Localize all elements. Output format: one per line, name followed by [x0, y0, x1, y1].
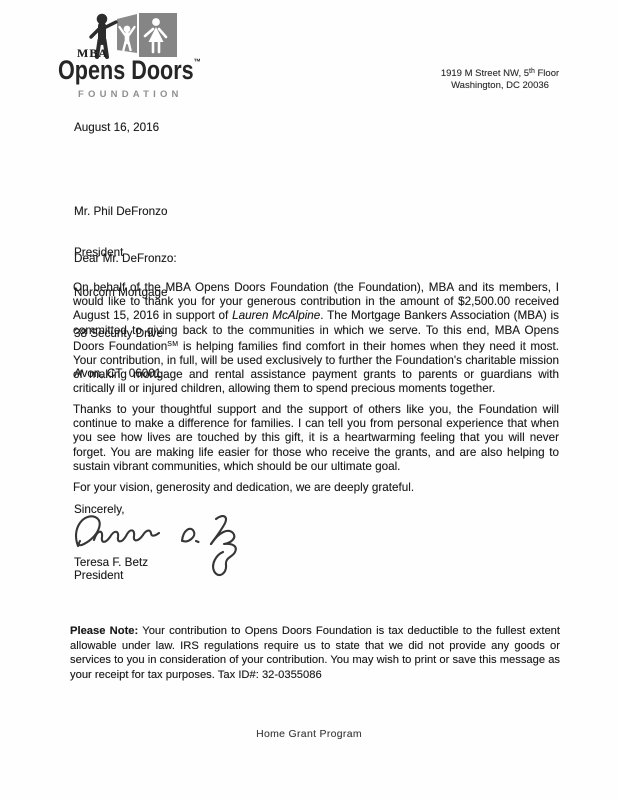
tax-id-value: 32-0355086 — [262, 669, 322, 681]
received-date: August 15, 2016 — [73, 309, 159, 322]
trademark-symbol: ™ — [194, 57, 201, 67]
sender-address: 1919 M Street NW, 5th Floor Washington, … — [408, 66, 592, 92]
signer-title: President — [74, 569, 123, 582]
body-paragraph-3: For your vision, generosity and dedicati… — [73, 481, 559, 495]
sender-address-line1: 1919 M Street NW, 5th Floor — [408, 66, 592, 80]
logo-foundation-text: FOUNDATION — [78, 89, 183, 100]
salutation: Dear Mr. DeFronzo: — [74, 252, 177, 265]
tax-deduction-note: Please Note: Your contribution to Opens … — [70, 624, 560, 682]
service-mark-superscript: SM — [167, 341, 178, 348]
letter-page: MBA Opens Doors™ FOUNDATION 1919 M Stree… — [0, 0, 618, 800]
body-paragraph-1: On behalf of the MBA Opens Doors Foundat… — [73, 281, 559, 397]
signer-name: Teresa F. Betz — [74, 556, 148, 569]
logo-brand-text: Opens Doors™ — [58, 55, 201, 86]
note-label: Please Note: — [70, 625, 138, 637]
program-footer: Home Grant Program — [0, 728, 618, 740]
sender-address-line2: Washington, DC 20036 — [408, 80, 592, 92]
logo-brand-name: Opens Doors — [58, 55, 194, 85]
body-paragraph-2: Thanks to your thoughtful support and th… — [73, 403, 559, 474]
donee-name: Lauren McAlpine — [232, 309, 320, 322]
recipient-name: Mr. Phil DeFronzo — [74, 205, 168, 219]
contribution-amount: $2,500.00 — [458, 295, 510, 308]
tax-id-label: Tax ID#: — [218, 669, 262, 681]
letter-date: August 16, 2016 — [74, 121, 159, 134]
